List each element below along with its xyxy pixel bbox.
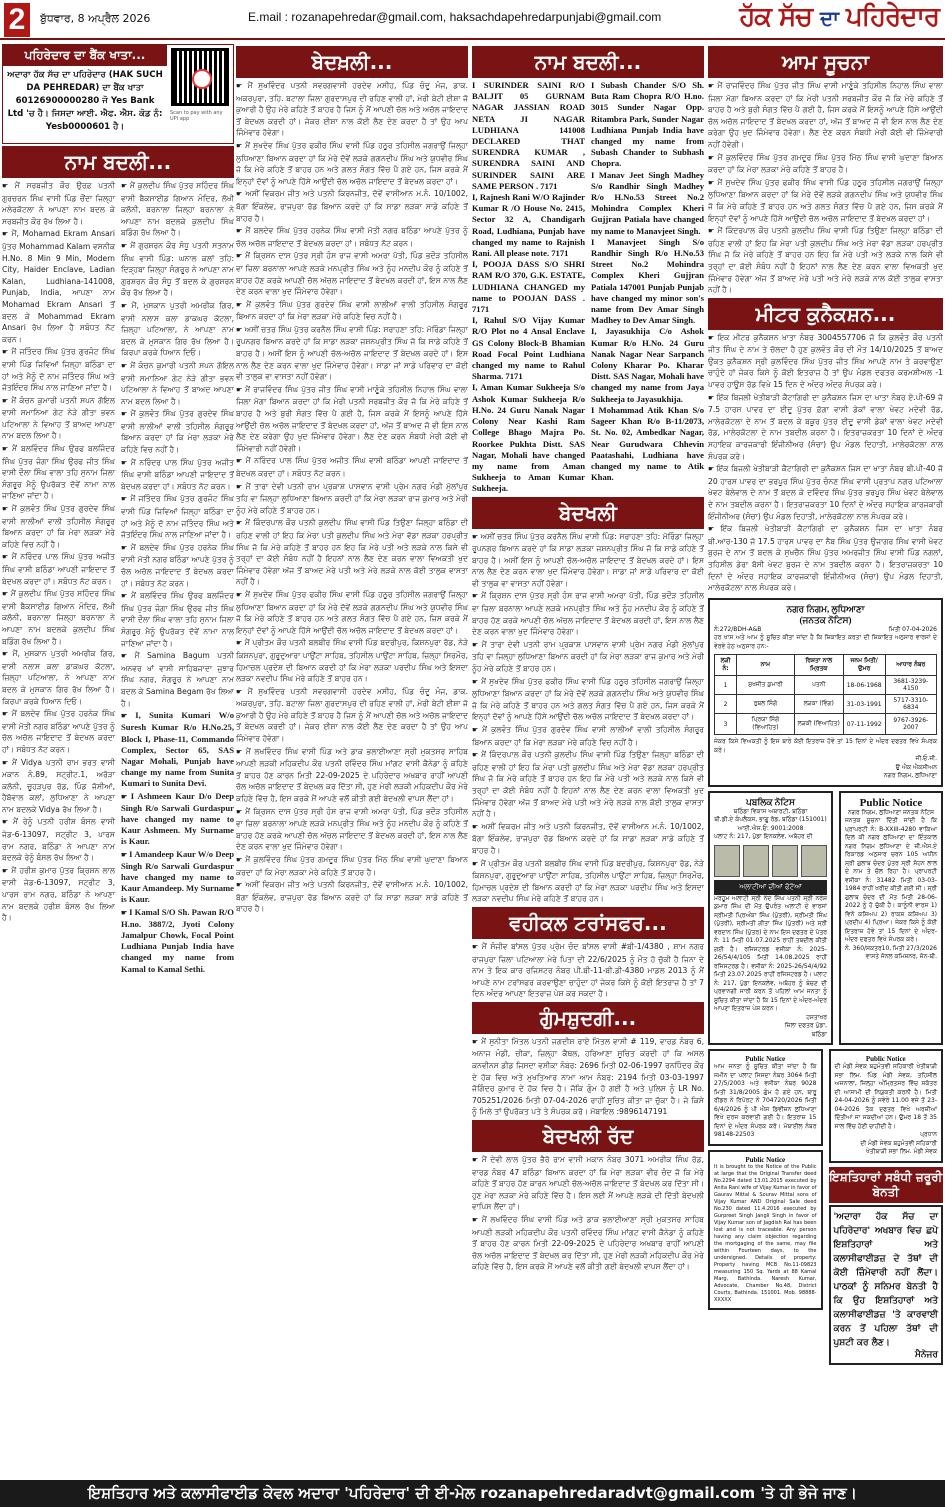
bank-title: ਪਹਿਰੇਦਾਰ ਦਾ ਬੈਂਕ ਖਾਤਾ... xyxy=(3,45,167,66)
list-item: ਇਕ ਮੀਟਰ ਕੁਨੈਕਸ਼ਨ ਖਾਤਾ ਨੰਬਰ 3004557706 ਜੋ… xyxy=(708,332,943,391)
list-item: I Mohammad Atik Khan S/o Sageer Khan R/o… xyxy=(591,405,704,483)
public-notice-lost-deed: Public Notice ਆਮ ਜਨਤਾ ਨੂੰ ਸੂਚਿਤ ਕੀਤਾ ਜਾਂ… xyxy=(708,1049,823,1146)
list-item: ਮੈਂ ਜਤਿੰਦਰ ਸਿੰਘ ਪੁੱਤਰ ਗੁਰਜੰਟ ਸਿੰਘ ਵਾਸੀ ਪ… xyxy=(121,493,234,540)
list-item: I, Jayasukhija C/o Ashok Kumar R/o H.No.… xyxy=(591,326,704,404)
list-item: ਮੈਂ ਬਲਵਿੰਦਰ ਸਿੰਘ ਉਰਫ ਬਲਜਿੰਦਰ ਸਿੰਘ ਪੁੱਤਰ … xyxy=(121,590,234,649)
photo-icon xyxy=(743,845,769,877)
section-ad-disclaimer: ਇਸ਼ਤਿਹਾਰਾਂ ਸਬੰਧੀ ਜ਼ਰੂਰੀ ਬੇਨਤੀ xyxy=(829,1167,944,1203)
list-item: ਮੈਂ ਸੰਜੀਵ ਬਾਂਸਲ ਪੁੱਤਰ ਪ੍ਰੇਮ ਚੰਦ ਬਾਂਸਲ ਵਾ… xyxy=(472,941,704,1000)
issue-date: ਬੁੱਧਵਾਰ, 8 ਅਪ੍ਰੈਲ 2026 xyxy=(40,12,150,26)
list-item: ਮੈਂ ਲਖਵਿੰਦਰ ਸਿੰਘ ਵਾਸੀ ਪਿੰਡ ਅਤੇ ਡਾਕ ਭਲਾਈਆ… xyxy=(472,1214,704,1273)
list-item: ਅਸੀਂ ਚਤਰ ਸਿੰਘ ਪੁੱਤਰ ਕਰਨੈਲ ਸਿੰਘ ਵਾਸੀ ਪਿੰਡ… xyxy=(236,324,468,383)
section-vehicle-transfer: ਵਹੀਕਲ ਟਰਾਂਸਫਰ... xyxy=(472,907,704,939)
name-change-list-b: ਮੈਂ ਕੁਲਦੀਪ ਸਿੰਘ ਪੁੱਤਰ ਸਹਿੰਦਰ ਸਿੰਘ ਵਾਸੀ ਬ… xyxy=(121,180,234,976)
qr-code-icon xyxy=(171,48,229,106)
list-item: ਮੈਂ, ਮੁਸਕਾਨ ਪੁਤਰੀ ਅਮਰੀਕ ਗਿਰ, ਵਾਸੀ ਨਲਾਸ ਕ… xyxy=(2,648,115,707)
allottee-photos xyxy=(714,845,827,877)
list-item: ਮੈਂ ਕੁਲਵਿੰਦਰ ਸਿੰਘ ਪੁੱਤਰ ਗਮਦੂਰ ਸਿੰਘ ਪੁੱਤਰ… xyxy=(708,152,943,176)
list-item: ਅਸੀਂ ਚਤਰ ਸਿੰਘ ਪੁੱਤਰ ਕਰਨੈਲ ਸਿੰਘ ਵਾਸੀ ਪਿੰਡ… xyxy=(472,531,704,590)
list-item: ਮੈਂ ਕੁਲਵੰਤ ਸਿੰਘ ਪੁੱਤਰ ਗੁਰਦੇਵ ਸਿੰਘ ਵਾਸੀ ਲ… xyxy=(472,724,704,748)
list-item: ਮੈਂ ਲਖਵਿੰਦਰ ਸਿੰਘ ਵਾਸੀ ਪਿੰਡ ਅਤੇ ਡਾਕ ਭਲਾਈਆ… xyxy=(236,746,468,805)
list-item: ਮੈਂ ਦੇਵੀ ਲਾਲ ਪੁੱਤਰ ਭੈਰੋ ਰਾਮ ਵਾਸੀ ਮਕਾਨ ਨੰ… xyxy=(472,1154,704,1213)
list-item: I, Sunita Kumari W/o Suresh Kumar R/o H.… xyxy=(121,710,234,789)
list-item: ਮੈਂ ਕੁਲਦੀਪ ਸਿੰਘ ਪੁੱਤਰ ਸਹਿੰਦਰ ਸਿੰਘ ਵਾਸੀ ਬ… xyxy=(2,588,115,647)
list-item: ਮੈਂ ਕੰਚਨ ਕੁਮਾਰੀ ਪਤਨੀ ਸਪਨ ਗੋਇਲ ਵਾਸੀ ਸਮਾਨਿ… xyxy=(121,360,234,407)
list-item: I, POOJA DASS S/O SHRI RAM R/O 370, G.K.… xyxy=(472,259,585,315)
list-item: ਮੈਂ ਕੁਲਵੰਤ ਸਿੰਘ ਪੁੱਤਰ ਗੁਰਦੇਵ ਸਿੰਘ ਵਾਸੀ ਲ… xyxy=(2,503,115,550)
list-item: I SURINDER SAINI R/O BALJIT 05 GURNAM NA… xyxy=(472,80,585,192)
column-1: ਪਹਿਰੇਦਾਰ ਦਾ ਬੈਂਕ ਖਾਤਾ... ਅਦਾਰਾ ਹੱਕ ਸੱਚ ਦ… xyxy=(2,44,234,1468)
section-missing: ਗੁੰਮਸ਼ੁਦਗੀ... xyxy=(472,1002,704,1034)
heirs-table: ਲੜੀ ਨੰ:ਨਾਮਰਿਸ਼ਤਾ ਨਾਲ ਮ੍ਰਿਤਕਜਨਮ ਮਿਤੀ/ਉਮਰਆ… xyxy=(714,654,937,735)
list-item: I, Rajnesh Rani W/O Rajinder Kumar R /O … xyxy=(472,192,585,259)
list-item: ਮੈਂ ਕ੍ਰਿਸ਼ਨ ਦਾਸ ਪੁੱਤਰ ਸ੍ਰੀ ਹੰਸ ਰਾਜ ਵਾਸੀ … xyxy=(472,590,704,637)
column-4: ਆਮ ਸੂਚਨਾ ਮੈਂ ਰਾਜਵਿੰਦਰ ਸਿੰਘ ਪੁੱਤਰ ਜੀਤ ਸਿੰ… xyxy=(708,44,943,1468)
section-bedakhli-cancelled: ਬੇਦਖਲੀ ਰੱਦ xyxy=(472,1120,704,1152)
list-item: I, Rahul S/O Vijay Kumar R/O Plot no 4 A… xyxy=(472,315,585,382)
list-item: ਇੱਕ ਬਿਜਲੀ ਖੇਤੀਬਾੜੀ ਕੈਟਾਗਿਰੀ ਦਾ ਕੁਨੈਕਸ਼ਨ … xyxy=(708,523,943,594)
ad-disclaimer: 'ਅਦਾਰਾ ਹੱਕ ਸੱਚ ਦਾ ਪਹਿਰੇਦਾਰ' ਅਖਬਾਰ ਵਿਚ ਛਪ… xyxy=(829,1205,944,1365)
list-item: ਮੈਂ ਕੁਲਵਿੰਦਰ ਸਿੰਘ ਪੁੱਤਰ ਗਮਦੂਰ ਸਿੰਘ ਪੁੱਤਰ… xyxy=(236,854,468,878)
list-item: I Ashmeen Kaur D/o Deep Singh R/o Sarwal… xyxy=(121,791,234,848)
bedakhli-list: ਮੈਂ ਸੁਖਵਿੰਦਰ ਪਤਨੀ ਸਵਰਗਵਾਸੀ ਹਰਦੇਵ ਮਸੀਹ, ਪ… xyxy=(236,80,468,915)
photo-icon xyxy=(801,845,827,877)
list-item: ਮੈਂ ਰਾਜਵਿੰਦਰ ਸਿੰਘ ਪੁੱਤਰ ਜੀਤ ਸਿੰਘ ਵਾਸੀ ਮਾ… xyxy=(236,384,468,455)
list-item: I Amandeep Kaur W/o Deep Singh R/o Sarwa… xyxy=(121,849,234,906)
list-item: ਮੈਂ ਰੇਨੂੰ ਪਤਨੀ ਹਰੀਸ਼ ਬੰਸਲ ਵਾਸੀ ਜੇਡ-6-130… xyxy=(2,816,115,863)
column-3: ਨਾਮ ਬਦਲੀ... I SURINDER SAINI R/O BALJIT … xyxy=(472,44,704,1468)
list-item: ਮੈਂ ਸਰਬਜੀਤ ਕੌਰ ਉਰਫ਼ ਪਤਨੀ ਗੁਰਚਰਨ ਸਿੰਘ ਵਾਸ… xyxy=(2,180,115,227)
list-item: I Kamal S/O Sh. Pawan R/O H.no. 3887/2, … xyxy=(121,907,234,975)
list-item: ਮੈਂ ਤਾਰਾ ਦੇਵੀ ਪਤਨੀ ਰਾਮ ਪ੍ਰਕਾਸ਼ ਪਾਸਵਾਨ ਵਾ… xyxy=(472,639,704,675)
upi-qr-code[interactable]: Scan to pay with any UPI app xyxy=(167,45,233,143)
list-item: ਮੈਂ ਜਤਿੰਦਰ ਸਿੰਘ ਪੁੱਤਰ ਗੁਰਜੰਟ ਸਿੰਘ ਵਾਸੀ ਪ… xyxy=(2,346,115,393)
list-item: ਮੈਂ ਪ੍ਰੀਤਮ ਕੌਰ ਪਤਨੀ ਬਲਬੀਰ ਸਿੰਘ ਵਾਸੀ ਪਿੰਡ… xyxy=(472,858,704,905)
section-bedakhli: ਬੇਦਖ਼ਲੀ... xyxy=(236,46,468,78)
list-item: ਇੱਕ ਬਿਜਲੀ ਖੇਤੀਬਾੜੀ ਕੈਟਾਗਿਰੀ ਦਾ ਕੁਨੈਕਸ਼ਨ … xyxy=(708,463,943,522)
list-item: ਮੈਂ ਗੁਰਸ਼ਰਨ ਕੌਰ ਸੰਧੂ ਪਤਨੀ ਸਤਨਾਮ ਸਿੰਘ ਵਾਸ… xyxy=(121,240,234,299)
bedakhli-list-2: ਅਸੀਂ ਚਤਰ ਸਿੰਘ ਪੁੱਤਰ ਕਰਨੈਲ ਸਿੰਘ ਵਾਸੀ ਪਿੰਡ… xyxy=(472,531,704,905)
list-item: ਮੈਂ ਸੁਖਵਿੰਦਰ ਪਤਨੀ ਸਵਰਗਵਾਸੀ ਹਰਦੇਵ ਮਸੀਹ, ਪ… xyxy=(236,686,468,745)
section-public-notice: ਆਮ ਸੂਚਨਾ xyxy=(708,46,943,78)
list-item: ਮੈਂ ਕੁਲਦੀਪ ਸਿੰਘ ਪੁੱਤਰ ਸਹਿੰਦਰ ਸਿੰਘ ਵਾਸੀ ਬ… xyxy=(121,180,234,239)
list-item: ਮੈਂ ਸੁਖਦੇਵ ਸਿੰਘ ਪੁੱਤਰ ਫਕੀਰ ਸਿੰਘ ਵਾਸੀ ਪਿੰ… xyxy=(472,676,704,723)
list-item: ਮੈਂ ਕਿੰਦਰਪਾਲ ਕੌਰ ਪਤਨੀ ਕੁਲਦੀਪ ਸਿੰਘ ਵਾਸੀ ਪ… xyxy=(472,749,704,820)
list-item: ਮੈਂ ਸੁਖਦੇਵ ਸਿੰਘ ਪੁੱਤਰ ਫਕੀਰ ਸਿੰਘ ਵਾਸੀ ਪਿੰ… xyxy=(236,140,468,187)
municipal-public-notice: Public Notice ਨਗਰ ਨਿਗਮ, ਲੁਧਿਆਣਾ ਜਨਤਕ ਨੋਟ… xyxy=(839,791,943,1046)
bank-details: ਅਦਾਰਾ ਹੱਕ ਸੱਚ ਦਾ ਪਹਿਰੇਦਾਰ (HAK SUCH DA P… xyxy=(3,66,167,137)
list-item: ਮੈਂ ਸੁਖਦੇਵ ਸਿੰਘ ਪੁੱਤਰ ਫਕੀਰ ਸਿੰਘ ਵਾਸੀ ਪਿੰ… xyxy=(236,589,468,636)
section-bedakhli-2: ਬੇਦਖਲੀ xyxy=(472,497,704,529)
list-item: ਮੈਂ ਤਾਰਾ ਦੇਵੀ ਪਤਨੀ ਰਾਮ ਪ੍ਰਕਾਸ਼ ਪਾਸਵਾਨ ਵਾ… xyxy=(236,481,468,517)
list-item: ਮੈਂ ਕੁਲਵੰਤ ਸਿੰਘ ਪੁੱਤਰ ਗੁਰਦੇਵ ਸਿੰਘ ਵਾਸੀ ਲ… xyxy=(121,408,234,455)
list-item: ਮੈਂ ਨਰਿੰਦਰ ਪਾਲ ਸਿੰਘ ਪੁੱਤਰ ਅਜੀਤ ਸਿੰਘ ਵਾਸੀ… xyxy=(2,551,115,587)
list-item: ਮੈਂ ਨਰਿੰਦਰ ਪਾਲ ਸਿੰਘ ਪੁੱਤਰ ਅਜੀਤ ਸਿੰਘ ਵਾਸੀ… xyxy=(121,457,234,493)
list-item: ਮੈਂ ਕਿੰਦਰਪਾਲ ਕੌਰ ਪਤਨੀ ਕੁਲਦੀਪ ਸਿੰਘ ਵਾਸੀ ਪ… xyxy=(236,517,468,588)
list-item: ਮੈਂ ਕੰਚਨ ਕੁਮਾਰੀ ਪਤਨੀ ਸਪਨ ਗੋਇਲ ਵਾਸੀ ਸਮਾਨਿ… xyxy=(2,395,115,442)
name-change-list-a: ਮੈਂ ਸਰਬਜੀਤ ਕੌਰ ਉਰਫ਼ ਪਤਨੀ ਗੁਰਚਰਨ ਸਿੰਘ ਵਾਸ… xyxy=(2,180,115,976)
list-item: ਮੈਂ Samina Bagum ਪਤਨੀ ਅਨਵਰ ਖਾਂ ਵਾਸੀ ਸਾਹਿ… xyxy=(121,650,234,709)
list-item: ਮੈਂ ਕ੍ਰਿਸ਼ਨ ਦਾਸ ਪੁੱਤਰ ਸ੍ਰੀ ਹੰਸ ਰਾਜ ਵਾਸੀ … xyxy=(236,250,468,297)
section-name-change: ਨਾਮ ਬਦਲੀ... xyxy=(2,146,234,178)
list-item: I, Aman Kumar Sukheeja S/o Ashok Kumar S… xyxy=(472,382,585,494)
list-item: ਮੈਂ ਕਿੰਦਰਪਾਲ ਕੌਰ ਪਤਨੀ ਕੁਲਦੀਪ ਸਿੰਘ ਵਾਸੀ ਪ… xyxy=(708,225,943,296)
list-item: ਅਸੀਂ ਵਿਕਰਮ ਜੀਤ ਅਤੇ ਪਤਨੀ ਕਿਰਨਜੀਤ, ਦੋਵੇਂ ਵ… xyxy=(472,821,704,857)
list-item: I Subash Chander S/O Sh. Buta Ram Chopra… xyxy=(591,80,704,170)
list-item: ਮੈਂ ਬਲਦੇਵ ਸਿੰਘ ਪੁੱਤਰ ਹਰਨੇਕ ਸਿੰਘ ਵਾਸੀ ਮੋਤ… xyxy=(236,225,468,249)
footer-ad-email-banner: ਇਸ਼ਤਿਹਾਰ ਅਤੇ ਕਲਾਸੀਫਾਈਡ ਕੇਵਲ ਅਦਾਰਾ 'ਪਹਿਰੇ… xyxy=(0,1480,945,1507)
logo-flag-icon: ਦਾ xyxy=(820,6,838,30)
section-name-change-english: ਨਾਮ ਬਦਲੀ... xyxy=(472,46,704,78)
list-item: I Manav Jeet Singh Madhey S/o Randhir Si… xyxy=(591,170,704,237)
list-item: ਅਸੀਂ ਵਿਕਰਮ ਜੀਤ ਅਤੇ ਪਤਨੀ ਕਿਰਨਜੀਤ, ਦੋਵੇਂ ਵ… xyxy=(236,188,468,224)
list-item: ਮੈਂ, Mohamad Ekram Ansari ਪੁੱਤਰ Mohammad… xyxy=(2,228,115,345)
photo-icon xyxy=(772,845,798,877)
photo-icon xyxy=(714,845,740,877)
english-notices-b: I Subash Chander S/O Sh. Buta Ram Chopra… xyxy=(591,80,704,495)
column-2: ਬੇਦਖ਼ਲੀ... ਮੈਂ ਸੁਖਵਿੰਦਰ ਪਤਨੀ ਸਵਰਗਵਾਸੀ ਹਰ… xyxy=(236,44,468,1468)
list-item: ਮੈਂ ਰਾਜਵਿੰਦਰ ਸਿੰਘ ਪੁੱਤਰ ਜੀਤ ਸਿੰਘ ਵਾਸੀ ਮਾ… xyxy=(708,80,943,151)
list-item: ਮੈਂ ਸੁਨੀਤਾ ਮਿੱਤਲ ਪਤਨੀ ਜਗਦੀਸ਼ ਰਾਏ ਮਿੱਤਲ ਵ… xyxy=(472,1036,704,1118)
table-row: 3ਪ੍ਰਿਯਾ ਸਿੰਗੋ (ਵਿਆਹਿਤ)ਲੜਕੀ (ਵਿਆਹਿਤ)07-11… xyxy=(715,714,937,735)
bda-notice: ਪਬਲਿਕ ਨੋਟਿਸ ਬਠਿੰਡਾ ਵਿਕਾਸ ਅਥਾਰਟੀ, ਬਠਿੰਡਾ … xyxy=(708,791,833,1046)
list-item: ਮੈਂ ਪ੍ਰੀਤਮ ਕੌਰ ਪਤਨੀ ਬਲਬੀਰ ਸਿੰਘ ਵਾਸੀ ਪਿੰਡ… xyxy=(236,637,468,684)
public-notice-cooperative: Public Notice ਦੀ ਮੰਡੀ ਸੇਵਕ ਬਹੁਮੰਤਵੀ ਸਹਿਕ… xyxy=(829,1049,944,1163)
municipal-notice: ਨਗਰ ਨਿਗਮ, ਲੁਧਿਆਣਾ (ਜਨਤਕ ਨੋਟਿਸ) ਨੰ:272/BD… xyxy=(708,598,943,787)
newspaper-logo: ਹੱਕ ਸੱਚ ਦਾ ਪਹਿਰੇਦਾਰ xyxy=(739,2,939,33)
list-item: ਮੈਂ ਹਰੀਸ਼ ਕੁਮਾਰ ਪੁੱਤਰ ਕ੍ਰਿਸ਼ਨ ਲਾਲ ਵਾਸੀ ਜ… xyxy=(2,865,115,924)
list-item: ਮੈਂ, ਮੁਸਕਾਨ ਪੁਤਰੀ ਅਮਰੀਕ ਗਿਰ, ਵਾਸੀ ਨਲਾਸ ਕ… xyxy=(121,300,234,359)
list-item: ਮੈਂ ਬਲਦੇਵ ਸਿੰਘ ਪੁੱਤਰ ਹਰਨੇਕ ਸਿੰਘ ਵਾਸੀ ਮੋਤ… xyxy=(121,542,234,589)
list-item: I Manavjeet Singh S/o Randhir Singh R/o … xyxy=(591,237,704,327)
list-item: ਮੈਂ ਕੁਲਵੰਤ ਸਿੰਘ ਪੁੱਤਰ ਗੁਰਦੇਵ ਸਿੰਘ ਵਾਸੀ ਲ… xyxy=(236,299,468,323)
list-item: ਅਸੀਂ ਵਿਕਰਮ ਜੀਤ ਅਤੇ ਪਤਨੀ ਕਿਰਨਜੀਤ, ਦੋਵੇਂ ਵ… xyxy=(236,879,468,915)
contact-emails: E.mail : rozanapehredar@gmail.com, haksa… xyxy=(248,10,661,24)
english-notices-a: I SURINDER SAINI R/O BALJIT 05 GURNAM NA… xyxy=(472,80,585,495)
table-row: 1ਸੁਖਜੀਤ ਕੁਮਾਰੀਪਤਨੀ18-06-19683681-3239-41… xyxy=(715,676,937,695)
masthead: 2 ਬੁੱਧਵਾਰ, 8 ਅਪ੍ਰੈਲ 2026 E.mail : rozana… xyxy=(0,0,945,40)
section-meter-connection: ਮੀਟਰ ਕੁਨੈਕਸ਼ਨ... xyxy=(708,298,943,330)
list-item: ਮੈਂ Vidya ਪਤਨੀ ਰਾਮ ਭਰਤ ਵਾਸੀ ਮਕਾਨ ਨੰ.89, … xyxy=(2,757,115,816)
bank-account-box: ਪਹਿਰੇਦਾਰ ਦਾ ਬੈਂਕ ਖਾਤਾ... ਅਦਾਰਾ ਹੱਕ ਸੱਚ ਦ… xyxy=(2,44,234,144)
list-item: ਮੈਂ ਸੁਖਦੇਵ ਸਿੰਘ ਪੁੱਤਰ ਫਕੀਰ ਸਿੰਘ ਵਾਸੀ ਪਿੰ… xyxy=(708,177,943,224)
page-number: 2 xyxy=(4,3,30,37)
list-item: ਮੈਂ ਨਰਿੰਦਰ ਪਾਲ ਸਿੰਘ ਪੁੱਤਰ ਅਜੀਤ ਸਿੰਘ ਵਾਸੀ… xyxy=(236,455,468,479)
list-item: ਮੈਂ ਬਲਦੇਵ ਸਿੰਘ ਪੁੱਤਰ ਹਰਨੇਕ ਸਿੰਘ ਵਾਸੀ ਮੋਤ… xyxy=(2,708,115,755)
list-item: ਮੈਂ ਬਲਵਿੰਦਰ ਸਿੰਘ ਉਰਫ ਬਲਜਿੰਦਰ ਸਿੰਘ ਪੁੱਤਰ … xyxy=(2,443,115,502)
list-item: ਮੈਂ ਸੁਖਵਿੰਦਰ ਪਤਨੀ ਸਵਰਗਵਾਸੀ ਹਰਦੇਵ ਮਸੀਹ, ਪ… xyxy=(236,80,468,139)
table-row: 2ਰੁਬਲ ਸਿੰਗੋਲੜਕਾ (ਵਿੰਗ)31-03-19915717-331… xyxy=(715,695,937,714)
public-notice-english: Public Notice It is brought to the Notic… xyxy=(708,1150,823,1310)
list-item: ਮੈਂ ਕ੍ਰਿਸ਼ਨ ਦਾਸ ਪੁੱਤਰ ਸ੍ਰੀ ਹੰਸ ਰਾਜ ਵਾਸੀ … xyxy=(236,806,468,853)
list-item: ਇੱਕ ਬਿਜਲੀ ਖੇਤੀਬਾੜੀ ਕੈਟਾਗਿਰੀ ਦਾ ਕੁਨੈਕਸ਼ਨ … xyxy=(708,392,943,463)
